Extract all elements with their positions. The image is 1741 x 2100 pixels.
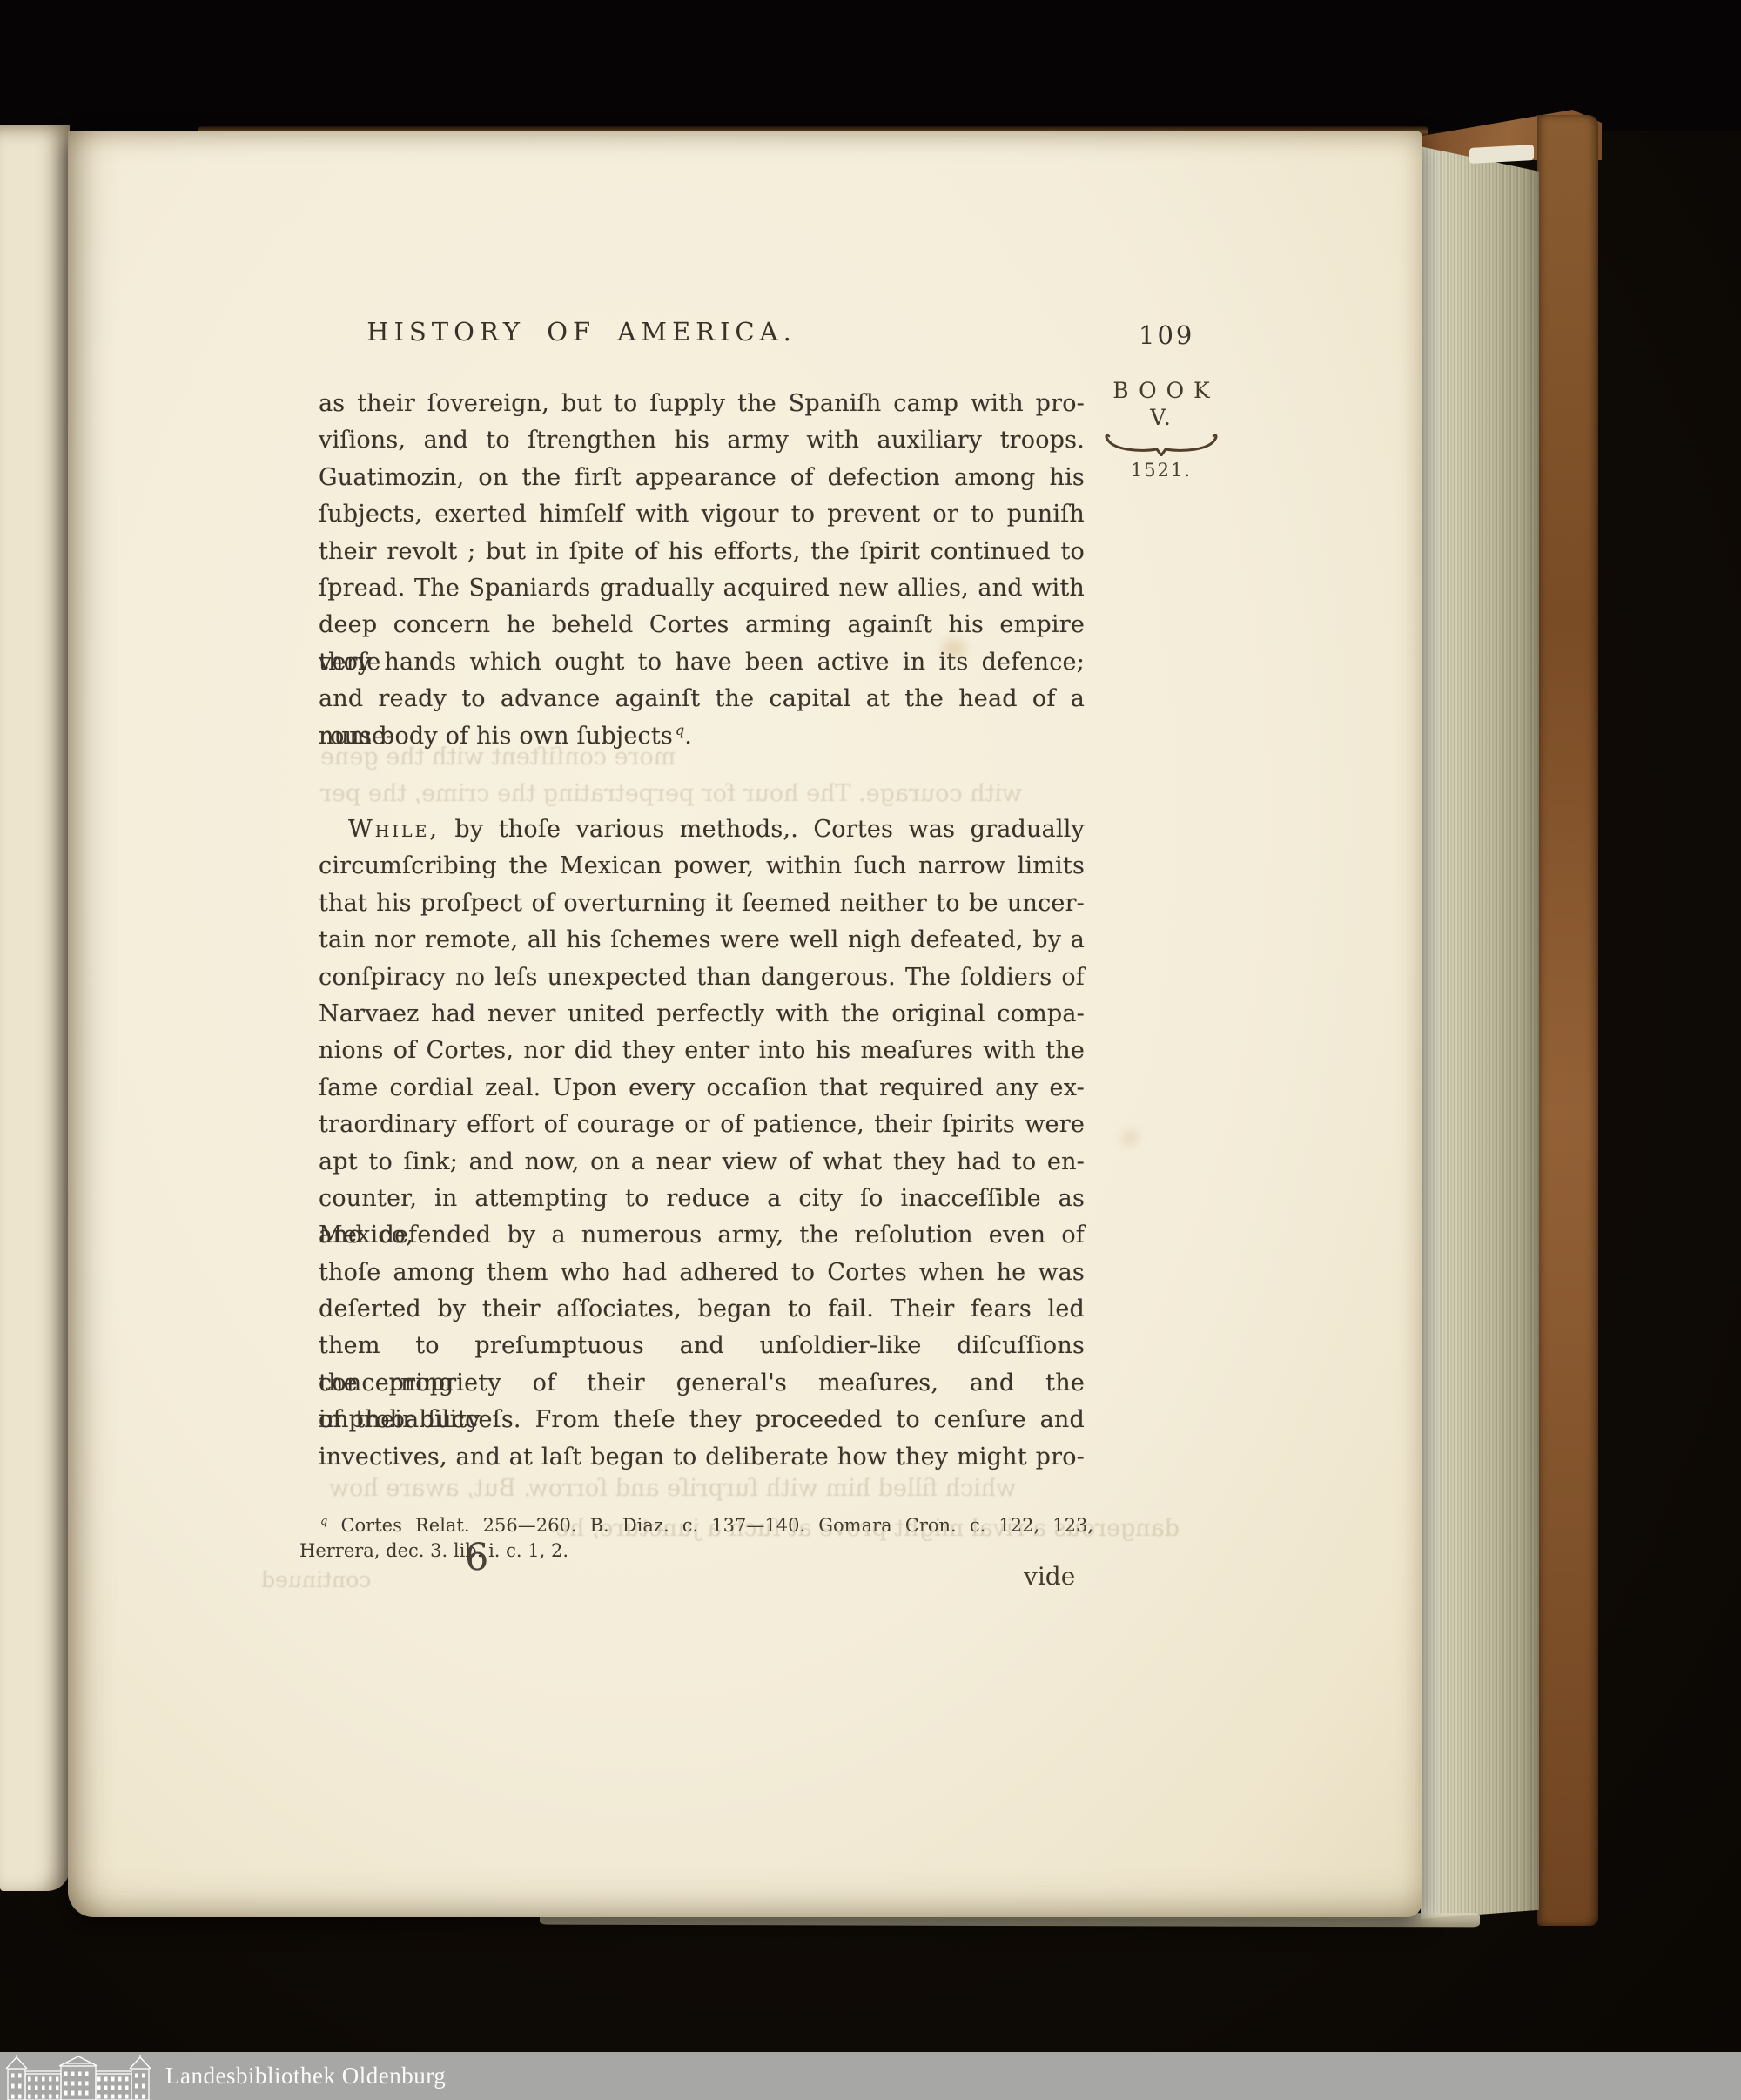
text-line: invectives, and at laſt began to deliber… bbox=[319, 1439, 1085, 1476]
small-caps-lead: While, bbox=[348, 816, 440, 843]
bleedthrough-text: more conſiſtent with the gene bbox=[320, 744, 676, 771]
paper-stain bbox=[1123, 1132, 1137, 1144]
text-line: and defended by a numerous army, the reſ… bbox=[319, 1217, 1085, 1254]
scan-background-top bbox=[0, 0, 1741, 131]
page-stack-shading bbox=[1421, 138, 1539, 1921]
book-scan-scene: HISTORY OF AMERICA. 109 BOOK V. 1521. as… bbox=[0, 0, 1741, 2100]
first-line-rest: by thoſe various methods,. Cortes was gr… bbox=[440, 816, 1085, 843]
margin-note: BOOK V. 1521. bbox=[1095, 378, 1227, 481]
text-line: and ready to advance againſt the capital… bbox=[319, 681, 1085, 717]
text-line: the propriety of their general's meaſure… bbox=[319, 1365, 1085, 1402]
text-line: very hands which ought to have been acti… bbox=[319, 644, 1085, 681]
text-line: their revolt ; but in ſpite of his effor… bbox=[319, 534, 1085, 570]
leather-cover-right bbox=[1537, 115, 1598, 1926]
text-line: Guatimozin, on the firſt appearance of d… bbox=[319, 460, 1085, 496]
text-line: ſpread. The Spaniards gradually acquired… bbox=[319, 570, 1085, 607]
footnote-marker: q bbox=[320, 1515, 327, 1528]
paragraph-2-lines: circumſcribing the Mexican power, within… bbox=[319, 848, 1085, 1476]
text-line: deep concern he beheld Cortes arming aga… bbox=[319, 607, 1085, 643]
text-line: circumſcribing the Mexican power, within… bbox=[319, 848, 1085, 885]
bleedthrough-text: with courage. The hour for perpetrating … bbox=[320, 780, 1022, 807]
margin-book-word: BOOK bbox=[1095, 378, 1227, 403]
paragraph-1: as their ſovereign, but to ſupply the Sp… bbox=[319, 386, 1085, 755]
text-line: deſerted by their aſſociates, began to f… bbox=[319, 1291, 1085, 1328]
text-line: as their ſovereign, but to ſupply the Sp… bbox=[319, 386, 1085, 422]
text-line: nions of Cortes, nor did they enter into… bbox=[319, 1033, 1085, 1069]
fore-edge-paper-sliver bbox=[1469, 145, 1534, 164]
text-line: viſions, and to ſtrengthen his army with… bbox=[319, 422, 1085, 459]
footnote-reference: q bbox=[676, 722, 684, 738]
text-line: apt to ſink; and now, on a near view of … bbox=[319, 1144, 1085, 1181]
catchword: vide bbox=[1024, 1562, 1075, 1591]
text-line: them to preſumptuous and unſoldier-like … bbox=[319, 1328, 1085, 1364]
press-figure: 6 bbox=[465, 1536, 488, 1579]
text-line: ſubjects, exerted himſelf with vigour to… bbox=[319, 496, 1085, 533]
text-line: thoſe among them who had adhered to Cort… bbox=[319, 1255, 1085, 1291]
bleedthrough-text: continued bbox=[261, 1567, 371, 1592]
paragraph-1-lines: as their ſovereign, but to ſupply the Sp… bbox=[319, 386, 1085, 718]
library-watermark-bar: Landesbibliothek Oldenburg bbox=[0, 2052, 1741, 2100]
library-building-icon bbox=[5, 2055, 151, 2100]
last-line-period: . bbox=[684, 723, 692, 750]
footnote-line-2: Herrera, dec. 3. lib. i. c. 1, 2. bbox=[299, 1538, 1093, 1564]
book-page: HISTORY OF AMERICA. 109 BOOK V. 1521. as… bbox=[68, 131, 1422, 1917]
text-line: traordinary effort of courage or of pati… bbox=[319, 1107, 1085, 1143]
text-line: that his proſpect of overturning it ſeem… bbox=[319, 885, 1085, 922]
page-number: 109 bbox=[1139, 320, 1226, 350]
margin-brace-icon bbox=[1104, 434, 1219, 456]
text-line: counter, in attempting to reduce a city … bbox=[319, 1181, 1085, 1217]
paper-stain bbox=[943, 640, 965, 657]
text-line: of their ſucceſs. From theſe they procee… bbox=[319, 1402, 1085, 1438]
text-line: tain nor remote, all his ſchemes were we… bbox=[319, 922, 1085, 959]
bleedthrough-text: dangerous a rival might prove at ſuch a … bbox=[555, 1515, 1180, 1542]
paragraph-2: While, by thoſe various methods,. Cortes… bbox=[319, 811, 1085, 1476]
text-line: Narvaez had never united perfectly with … bbox=[319, 996, 1085, 1033]
bleedthrough-text: which filled him with ſurpriſe and ſorro… bbox=[329, 1475, 1016, 1502]
margin-year: 1521. bbox=[1095, 460, 1227, 481]
text-line: conſpiracy no leſs unexpected than dange… bbox=[319, 959, 1085, 996]
library-name: Landesbibliothek Oldenburg bbox=[165, 2063, 446, 2090]
running-head: HISTORY OF AMERICA. bbox=[242, 317, 921, 347]
gutter-page-sliver bbox=[0, 125, 70, 1891]
margin-book-numeral: V. bbox=[1095, 405, 1227, 430]
text-line: ſame cordial zeal. Upon every occaſion t… bbox=[319, 1070, 1085, 1107]
paragraph-2-first-line: While, by thoſe various methods,. Cortes… bbox=[319, 811, 1085, 848]
